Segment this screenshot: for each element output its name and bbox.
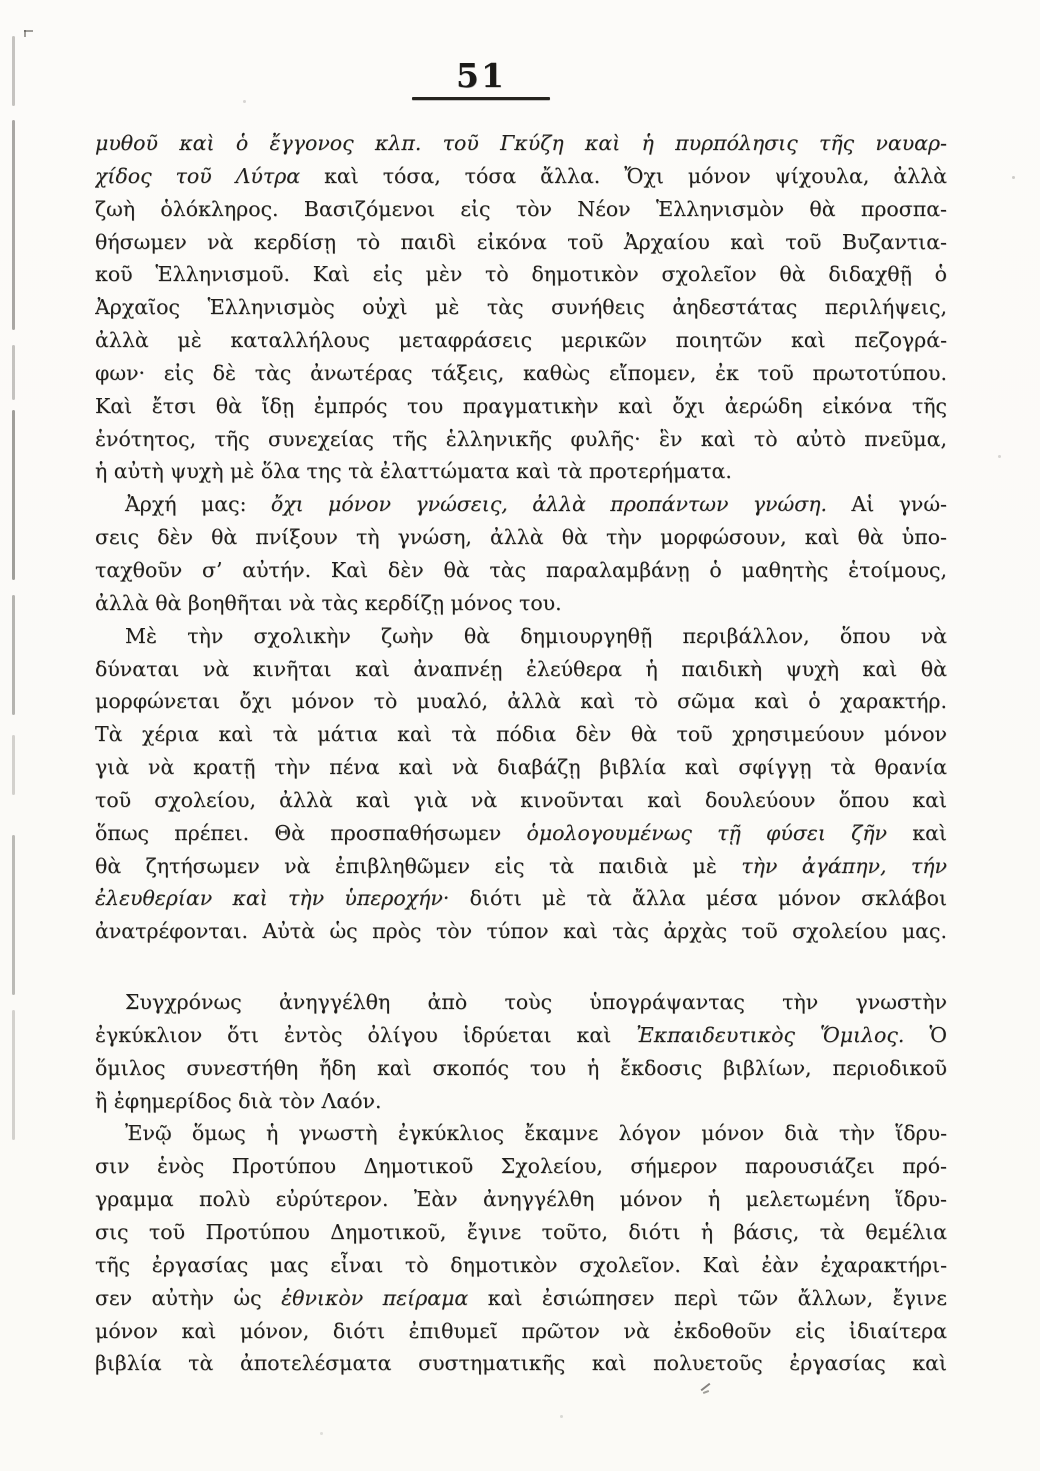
text-segment: Συγχρόνως ἀνηγγέλθη ἀπὸ τοὺς ὑπογράψαντα… xyxy=(125,990,947,1014)
text-segment: τοῦ σχολείου, ἀλλὰ καὶ γιὰ νὰ κινοῦνται … xyxy=(95,788,947,812)
text-line: ἑνότητος, τῆς συνεχείας τῆς ἑλληνικῆς φυ… xyxy=(95,423,947,456)
text-line: γιὰ νὰ κρατῇ τὴν πένα καὶ νὰ διαβάζῃ βιβ… xyxy=(95,751,947,784)
text-line: ἀνατρέφονται. Αὐτὰ ὡς πρὸς τὸν τύπον καὶ… xyxy=(95,915,947,948)
text-line: σεν αὐτὴν ὡς ἐθνικὸν πείραμα καὶ ἐσιώπησ… xyxy=(95,1282,947,1315)
scan-artifact-streak xyxy=(12,1010,15,1140)
page-header: 51 xyxy=(412,56,550,100)
text-line: Τὰ χέρια καὶ τὰ μάτια καὶ τὰ πόδια δὲν θ… xyxy=(95,718,947,751)
text-line: κοῦ Ἑλληνισμοῦ. Καὶ εἰς μὲν τὸ δημοτικὸν… xyxy=(95,258,947,291)
text-segment: σεν αὐτὴν ὡς xyxy=(95,1286,281,1310)
text-line: ἐγκύκλιον ὅτι ἐντὸς ὀλίγου ἱδρύεται καὶ … xyxy=(95,1019,947,1052)
text-segment: σις τοῦ Προτύπου Δημοτικοῦ, ἔγινε τοῦτο,… xyxy=(95,1220,947,1244)
text-line: σεις δὲν θὰ πνίξουν τὴ γνώση, ἀλλὰ θὰ τὴ… xyxy=(95,521,947,554)
text-segment: Ἐνῷ ὅμως ἡ γνωστὴ ἐγκύκλιος ἔκαμνε λόγον… xyxy=(125,1121,947,1145)
scan-artifact-slash xyxy=(703,1390,709,1394)
emphasized-text: ὄχι μόνον γνώσεις, ἀλλὰ προπάντων γνώση. xyxy=(271,492,827,516)
text-line: δύναται νὰ κινῆται καὶ ἀναπνέῃ ἐλεύθερα … xyxy=(95,653,947,686)
text-segment: φων· εἰς δὲ τὰς ἀνωτέρας τάξεις, καθὼς ε… xyxy=(95,361,947,385)
text-line: Ἀρχή μας: ὄχι μόνον γνώσεις, ἀλλὰ προπάν… xyxy=(95,488,947,521)
text-line: μυθοῦ καὶ ὁ ἔγγονος κλπ. τοῦ Γκύζη καὶ ἡ… xyxy=(95,127,947,160)
text-line: ἀλλὰ θὰ βοηθῆται νὰ τὰς κερδίζῃ μόνος το… xyxy=(95,587,947,620)
text-segment: ἑνότητος, τῆς συνεχείας τῆς ἑλληνικῆς φυ… xyxy=(95,427,947,451)
emphasized-text: Ἐκπαιδευτικὸς Ὅμιλος. xyxy=(636,1023,904,1047)
text-line: Μὲ τὴν σχολικὴν ζωὴν θὰ δημιουργηθῇ περι… xyxy=(95,620,947,653)
scan-artifact-streak xyxy=(12,595,15,715)
text-line: ταχθοῦν σ’ αὐτήν. Καὶ δὲν θὰ τὰς παραλαμ… xyxy=(95,554,947,587)
text-segment: ὅπως πρέπει. Θὰ προσπαθήσωμεν xyxy=(95,821,526,845)
text-line: ἀλλὰ μὲ καταλλήλους μεταφράσεις μερικῶν … xyxy=(95,324,947,357)
scan-artifact-corner xyxy=(24,30,26,37)
text-segment: σιν ἑνὸς Προτύπου Δημοτικοῦ Σχολείου, σή… xyxy=(95,1154,947,1178)
scan-artifact-streak xyxy=(12,120,15,330)
paragraph: Μὲ τὴν σχολικὴν ζωὴν θὰ δημιουργηθῇ περι… xyxy=(95,620,947,948)
scan-artifact-streak xyxy=(12,410,15,580)
page-number: 51 xyxy=(412,56,550,95)
text-segment: ταχθοῦν σ’ αὐτήν. Καὶ δὲν θὰ τὰς παραλαμ… xyxy=(95,558,947,582)
scan-speck xyxy=(560,1415,563,1418)
text-segment: καὶ ἐσιώπησεν περὶ τῶν ἄλλων, ἔγινε xyxy=(468,1286,947,1310)
scan-artifact-streak xyxy=(12,735,15,795)
text-line: χίδος τοῦ Λύτρα καὶ τόσα, τόσα ἄλλα. Ὄχι… xyxy=(95,160,947,193)
emphasized-text: ἐθνικὸν πείραμα xyxy=(281,1286,468,1310)
paragraph: Ἀρχή μας: ὄχι μόνον γνώσεις, ἀλλὰ προπάν… xyxy=(95,488,947,619)
text-line: ἢ ἐφημερίδος διὰ τὸν Λαόν. xyxy=(95,1085,947,1118)
text-line: Καὶ ἔτσι θὰ ἴδῃ ἐμπρός του πραγματικὴν κ… xyxy=(95,390,947,423)
text-segment: θὰ ζητήσωμεν νὰ ἐπιβληθῶμεν εἰς τὰ παιδι… xyxy=(95,854,741,878)
text-line: ὅπως πρέπει. Θὰ προσπαθήσωμεν ὁμολογουμέ… xyxy=(95,817,947,850)
text-segment: σεις δὲν θὰ πνίξουν τὴ γνώση, ἀλλὰ θὰ τὴ… xyxy=(95,525,947,549)
text-line: θὰ ζητήσωμεν νὰ ἐπιβληθῶμεν εἰς τὰ παιδι… xyxy=(95,850,947,883)
text-line: μόνον καὶ μόνον, διότι ἐπιθυμεῖ πρῶτον ν… xyxy=(95,1315,947,1348)
scan-artifact-streak xyxy=(12,36,15,106)
paragraph: Ἐνῷ ὅμως ἡ γνωστὴ ἐγκύκλιος ἔκαμνε λόγον… xyxy=(95,1117,947,1380)
scan-speck xyxy=(243,100,246,103)
text-line: σιν ἑνὸς Προτύπου Δημοτικοῦ Σχολείου, σή… xyxy=(95,1150,947,1183)
text-segment: Καὶ ἔτσι θὰ ἴδῃ ἐμπρός του πραγματικὴν κ… xyxy=(95,394,947,418)
text-segment: θήσωμεν νὰ κερδίσῃ τὸ παιδὶ εἰκόνα τοῦ Ἀ… xyxy=(95,230,947,254)
text-segment: δύναται νὰ κινῆται καὶ ἀναπνέῃ ἐλεύθερα … xyxy=(95,657,947,681)
text-line: σις τοῦ Προτύπου Δημοτικοῦ, ἔγινε τοῦτο,… xyxy=(95,1216,947,1249)
text-segment: ἀλλὰ θὰ βοηθῆται νὰ τὰς κερδίζῃ μόνος το… xyxy=(95,591,562,615)
text-segment: καὶ τόσα, τόσα ἄλλα. Ὄχι μόνον ψίχουλα, … xyxy=(300,164,947,188)
text-line: φων· εἰς δὲ τὰς ἀνωτέρας τάξεις, καθὼς ε… xyxy=(95,357,947,390)
text-line: ἡ αὐτὴ ψυχὴ μὲ ὅλα της τὰ ἐλαττώματα καὶ… xyxy=(95,455,947,488)
text-segment: μόνον καὶ μόνον, διότι ἐπιθυμεῖ πρῶτον ν… xyxy=(95,1319,947,1343)
text-segment: διότι μὲ τὰ ἄλλα μέσα μόνον σκλάβοι xyxy=(449,886,947,910)
emphasized-text: μυθοῦ καὶ ὁ ἔγγονος κλπ. τοῦ Γκύζη καὶ ἡ… xyxy=(95,131,947,155)
text-line: τῆς ἐργασίας μας εἶναι τὸ δημοτικὸν σχολ… xyxy=(95,1249,947,1282)
scan-artifact-streak xyxy=(12,345,15,400)
paragraph: Συγχρόνως ἀνηγγέλθη ἀπὸ τοὺς ὑπογράψαντα… xyxy=(95,986,947,1117)
text-segment: κοῦ Ἑλληνισμοῦ. Καὶ εἰς μὲν τὸ δημοτικὸν… xyxy=(95,262,947,286)
text-segment: ἡ αὐτὴ ψυχὴ μὲ ὅλα της τὰ ἐλαττώματα καὶ… xyxy=(95,459,732,483)
text-segment: Τὰ χέρια καὶ τὰ μάτια καὶ τὰ πόδια δὲν θ… xyxy=(95,722,947,746)
paragraph: μυθοῦ καὶ ὁ ἔγγονος κλπ. τοῦ Γκύζη καὶ ἡ… xyxy=(95,127,947,488)
text-segment: ἢ ἐφημερίδος διὰ τὸν Λαόν. xyxy=(95,1089,382,1113)
page-text: μυθοῦ καὶ ὁ ἔγγονος κλπ. τοῦ Γκύζη καὶ ἡ… xyxy=(95,127,947,1380)
header-rule xyxy=(412,97,550,100)
emphasized-text: ὁμολογουμένως τῇ φύσει ζῆν xyxy=(526,821,887,845)
text-line: θήσωμεν νὰ κερδίσῃ τὸ παιδὶ εἰκόνα τοῦ Ἀ… xyxy=(95,226,947,259)
text-segment: Μὲ τὴν σχολικὴν ζωὴν θὰ δημιουργηθῇ περι… xyxy=(125,624,947,648)
text-line: Συγχρόνως ἀνηγγέλθη ἀπὸ τοὺς ὑπογράψαντα… xyxy=(95,986,947,1019)
scanned-page: 51 μυθοῦ καὶ ὁ ἔγγονος κλπ. τοῦ Γκύζη κα… xyxy=(0,0,1040,1471)
text-line: τοῦ σχολείου, ἀλλὰ καὶ γιὰ νὰ κινοῦνται … xyxy=(95,784,947,817)
scan-speck xyxy=(998,455,1001,458)
text-line: Ἀρχαῖος Ἑλληνισμὸς οὐχὶ μὲ τὰς συνήθεις … xyxy=(95,291,947,324)
text-segment: Ἀρχαῖος Ἑλληνισμὸς οὐχὶ μὲ τὰς συνήθεις … xyxy=(95,295,947,319)
text-segment: ζωὴ ὁλόκληρος. Βασιζόμενοι εἰς τὸν Νέον … xyxy=(95,197,947,221)
text-segment: Ὁ xyxy=(904,1023,947,1047)
emphasized-text: ἐλευθερίαν καὶ τὴν ὑπεροχήν· xyxy=(95,886,449,910)
text-line: ὅμιλος συνεστήθη ἤδη καὶ σκοπός του ἡ ἔκ… xyxy=(95,1052,947,1085)
scan-artifact-streak xyxy=(12,835,15,995)
text-segment: Αἱ γνώ- xyxy=(827,492,947,516)
text-segment: ἀλλὰ μὲ καταλλήλους μεταφράσεις μερικῶν … xyxy=(95,328,947,352)
text-segment: ἀνατρέφονται. Αὐτὰ ὡς πρὸς τὸν τύπον καὶ… xyxy=(95,919,947,943)
text-segment: Ἀρχή μας: xyxy=(125,492,271,516)
text-segment: τῆς ἐργασίας μας εἶναι τὸ δημοτικὸν σχολ… xyxy=(95,1253,947,1277)
text-segment: καὶ xyxy=(887,821,947,845)
text-line: μορφώνεται ὄχι μόνον τὸ μυαλό, ἀλλὰ καὶ … xyxy=(95,685,947,718)
text-line: ζωὴ ὁλόκληρος. Βασιζόμενοι εἰς τὸν Νέον … xyxy=(95,193,947,226)
scan-speck xyxy=(1012,176,1015,179)
text-segment: γιὰ νὰ κρατῇ τὴν πένα καὶ νὰ διαβάζῃ βιβ… xyxy=(95,755,947,779)
text-segment: γραμμα πολὺ εὐρύτερον. Ἐὰν ἀνηγγέλθη μόν… xyxy=(95,1187,947,1211)
emphasized-text: τὴν ἀγάπην, τήν xyxy=(741,854,947,878)
text-segment: βιβλία τὰ ἀποτελέσματα συστηματικῆς καὶ … xyxy=(95,1351,947,1375)
text-segment: ὅμιλος συνεστήθη ἤδη καὶ σκοπός του ἡ ἔκ… xyxy=(95,1056,947,1080)
text-line: γραμμα πολὺ εὐρύτερον. Ἐὰν ἀνηγγέλθη μόν… xyxy=(95,1183,947,1216)
text-line: βιβλία τὰ ἀποτελέσματα συστηματικῆς καὶ … xyxy=(95,1347,947,1380)
text-segment: μορφώνεται ὄχι μόνον τὸ μυαλό, ἀλλὰ καὶ … xyxy=(95,689,947,713)
text-segment: ἐγκύκλιον ὅτι ἐντὸς ὀλίγου ἱδρύεται καὶ xyxy=(95,1023,636,1047)
emphasized-text: χίδος τοῦ Λύτρα xyxy=(95,164,300,188)
text-line: ἐλευθερίαν καὶ τὴν ὑπεροχήν· διότι μὲ τὰ… xyxy=(95,882,947,915)
text-line: Ἐνῷ ὅμως ἡ γνωστὴ ἐγκύκλιος ἔκαμνε λόγον… xyxy=(95,1117,947,1150)
scan-speck xyxy=(320,1432,323,1435)
